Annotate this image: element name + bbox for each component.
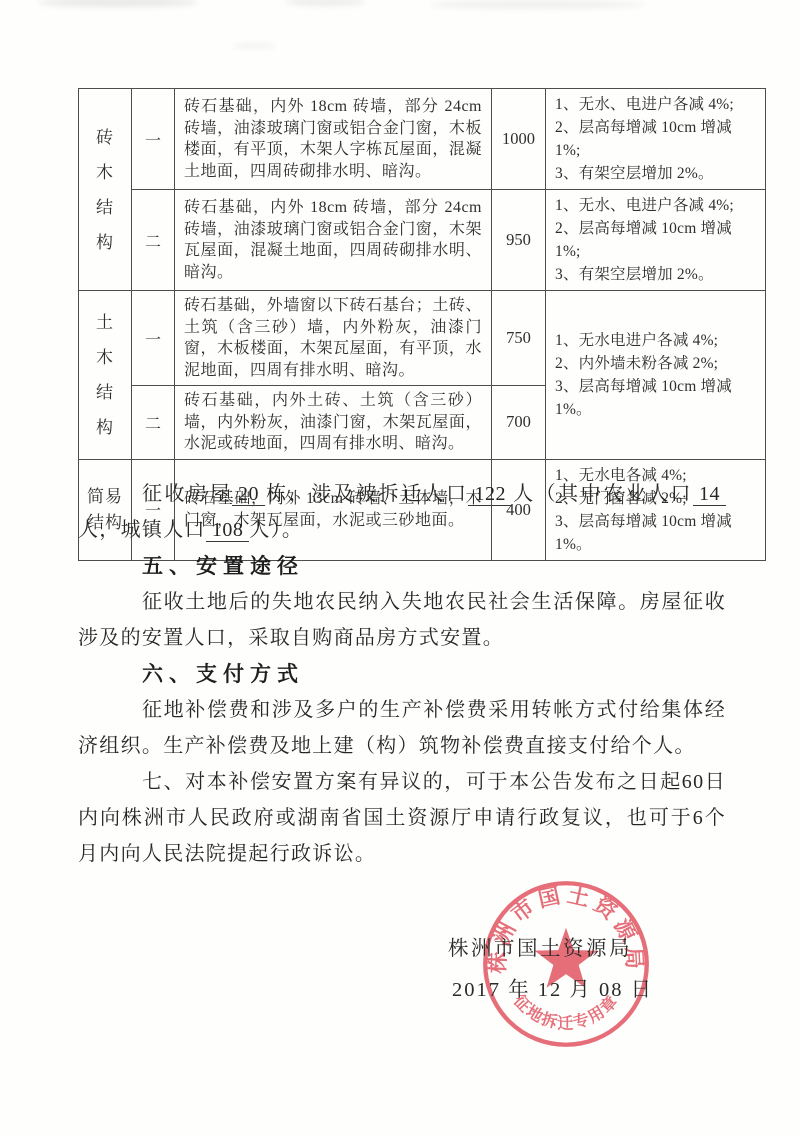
underlined-number: 20 (232, 483, 265, 506)
description-cell: 砖石基础，内外 18cm 砖墙，部分 24cm 砖墙，油漆玻璃门窗或铝合金门窗，… (175, 89, 492, 190)
notes-cell: 1、无水、电进户各减 4%; 2、层高每增减 10cm 增减 1%; 3、有架空… (546, 89, 766, 190)
section-5-paragraph: 征收土地后的失地农民纳入失地农民社会生活保障。房屋征收涉及的安置人口，采取自购商… (78, 584, 726, 656)
price-cell: 1000 (492, 89, 546, 190)
price-cell: 950 (492, 190, 546, 291)
grade-cell: 二 (132, 190, 175, 291)
structure-type-cell: 砖 木 结 构 (79, 89, 132, 291)
price-cell: 750 (492, 291, 546, 386)
scan-artifact (285, 0, 365, 6)
issue-date: 2017 年 12 月 08 日 (452, 972, 653, 1002)
section-7-paragraph: 七、对本补偿安置方案有异议的，可于本公告发布之日起60日内向株洲市人民政府或湖南… (78, 764, 726, 872)
scanned-document-page: 砖 木 结 构 一 砖石基础，内外 18cm 砖墙，部分 24cm 砖墙，油漆玻… (0, 0, 800, 1136)
text-segment: 人（其中农业人口 (512, 483, 693, 505)
section-6-paragraph: 征地补偿费和涉及多户的生产补偿费采用转帐方式付给集体经济组织。生产补偿费及地上建… (78, 692, 726, 764)
official-seal: 株洲市国土资源局 征地拆迁专用章 (478, 876, 654, 1052)
issuer-name: 株洲市国土资源局 (448, 931, 632, 961)
underlined-number: 108 (206, 519, 250, 542)
scan-artifact (232, 44, 276, 48)
underlined-number: 122 (468, 483, 512, 506)
text-segment: 人，城镇人口 (78, 519, 206, 541)
grade-cell: 一 (132, 89, 175, 190)
document-body: 征收房屋20栋，涉及被拆迁人口122人（其中农业人口14人，城镇人口108人）。… (78, 476, 726, 872)
text-segment: 栋，涉及被拆迁人口 (265, 483, 469, 505)
scan-artifact (38, 0, 198, 7)
text-segment: 征收房屋 (142, 483, 232, 505)
section-heading-5: 五、安置途径 (78, 548, 726, 584)
notes-cell: 1、无水、电进户各减 4%; 2、层高每增减 10cm 增减 1%; 3、有架空… (546, 190, 766, 291)
grade-cell: 二 (132, 386, 175, 460)
table-row: 二 砖石基础，内外 18cm 砖墙，部分 24cm 砖墙，油漆玻璃门窗或铝合金门… (79, 190, 766, 291)
housing-stats-paragraph: 征收房屋20栋，涉及被拆迁人口122人（其中农业人口14人，城镇人口108人）。 (78, 476, 726, 548)
table-row: 土 木 结 构 一 砖石基础，外墙窗以下砖石基台；土砖、土筑（含三砂）墙，内外粉… (79, 291, 766, 386)
description-cell: 砖石基础，外墙窗以下砖石基台；土砖、土筑（含三砂）墙，内外粉灰，油漆门窗，木板楼… (175, 291, 492, 386)
price-cell: 700 (492, 386, 546, 460)
description-cell: 砖石基础，内外 18cm 砖墙，部分 24cm 砖墙，油漆玻璃门窗或铝合金门窗，… (175, 190, 492, 291)
section-heading-6: 六、支付方式 (78, 656, 726, 692)
underlined-number: 14 (693, 483, 726, 506)
scan-artifact (430, 0, 645, 9)
table-row: 砖 木 结 构 一 砖石基础，内外 18cm 砖墙，部分 24cm 砖墙，油漆玻… (79, 89, 766, 190)
text-segment: 人）。 (249, 519, 303, 541)
notes-cell: 1、无水电进户各减 4%; 2、内外墙未粉各减 2%; 3、层高每增减 10cm… (546, 291, 766, 460)
structure-type-cell: 土 木 结 构 (79, 291, 132, 460)
description-cell: 砖石基础，内外土砖、土筑（含三砂）墙，内外粉灰，油漆门窗，木架瓦屋面，水泥或砖地… (175, 386, 492, 460)
grade-cell: 一 (132, 291, 175, 386)
